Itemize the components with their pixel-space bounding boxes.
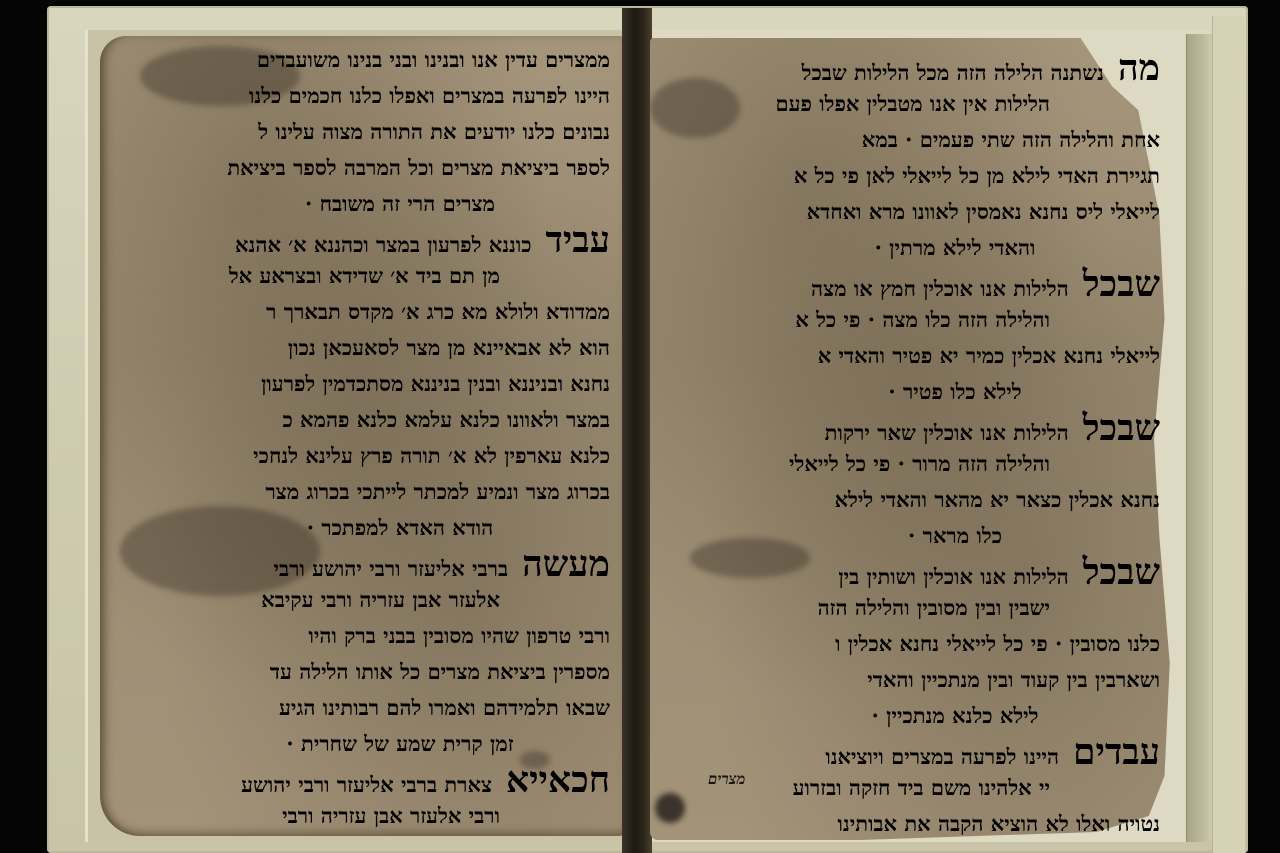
catchword: מצרים xyxy=(708,770,745,789)
text-line-with-initial: שבכלהלילות אנו אוכלין ושותין בין xyxy=(690,554,1160,590)
text-line: יי אלהינו משם ביד חזקה ובזרוע xyxy=(690,770,1160,806)
text-line: הלילות אנו אוכלין חמץ או מצה xyxy=(811,276,1069,301)
text-line: הלילות אין אנו מטבלין אפלו פעם xyxy=(690,86,1160,122)
text-line: מן תם ביד א׳ שדידא ובצראע אל xyxy=(130,258,610,294)
text-line-with-initial: עבדיםהיינו לפרעה במצרים ויוציאנו xyxy=(690,734,1160,770)
text-line: נחנא ובניננא ובנין בניננא מסתכדמין לפרעו… xyxy=(130,366,610,402)
text-line: לספר ביציאת מצרים וכל המרבה לספר ביציאת xyxy=(130,150,610,186)
text-line: הלילות אנו אוכלין ושותין בין xyxy=(838,564,1068,589)
text-line: שבאו תלמידהם ואמרו להם רבותינו הגיע xyxy=(130,690,610,726)
text-line: צארת ברבי אליעזר ורבי יהושע xyxy=(241,772,492,797)
text-line: הודא האדא למפתכר · xyxy=(130,510,610,546)
text-line-with-initial: שבכלהלילות אנו אוכלין חמץ או מצה xyxy=(690,266,1160,302)
text-line: לייאלי ליס נחנא נאמסין לאוונו מרא ואחדא xyxy=(690,194,1160,230)
text-line-with-initial: מהנשתנה הלילה הזה מכל הלילות שבכל xyxy=(690,50,1160,86)
text-line: לילא כלו פטיר · xyxy=(690,374,1160,410)
text-line: לילא כלנא מנתכיין · xyxy=(690,698,1160,734)
right-page-text: מהנשתנה הלילה הזה מכל הלילות שבכל הלילות… xyxy=(690,50,1160,842)
book-gutter xyxy=(622,8,652,853)
text-line-with-initial: עבידכוננא לפרעון במצר וכהננא א׳ אהנא xyxy=(130,222,610,258)
initial-word: עבדים xyxy=(1073,731,1160,773)
text-line: והלילה הזה כלו מצה · פי כל א xyxy=(690,302,1160,338)
text-line: אחת והלילה הזה שתי פעמים · במא xyxy=(690,122,1160,158)
text-line: והלילה הזה מרור · פי כל לייאלי xyxy=(690,446,1160,482)
left-page-text: ממצרים עדין אנו ובנינו ובני בנינו משועבד… xyxy=(130,42,610,834)
text-line: כלו מראר · xyxy=(690,518,1160,554)
text-line: ממצרים עדין אנו ובנינו ובני בנינו משועבד… xyxy=(130,42,610,78)
text-line: נבונים כלנו יודעים את התורה מצוה עלינו ל xyxy=(130,114,610,150)
text-line: כלנו מסובין · פי כל לייאלי נחנא אכלין ו xyxy=(690,626,1160,662)
mount-fold-band xyxy=(1186,34,1213,842)
text-line: נשתנה הלילה הזה מכל הלילות שבכל xyxy=(802,60,1104,85)
text-line-with-initial: חכאייאצארת ברבי אליעזר ורבי יהושע xyxy=(130,762,610,798)
text-line: מספרין ביציאת מצרים כל אותו הלילה עד xyxy=(130,654,610,690)
text-line: ממדודא ולולא מא כרג א׳ מקדס תבארך ר xyxy=(130,294,610,330)
text-line: ורבי אלעזר אבן עזריה ורבי xyxy=(130,798,610,834)
text-line: כלנא עארפין לא א׳ תורה פרץ עלינא לנחכי xyxy=(130,438,610,474)
ink-blot xyxy=(655,793,685,823)
text-line-with-initial: שבכלהלילות אנו אוכלין שאר ירקות xyxy=(690,410,1160,446)
text-line: בכרוג מצר ונמיע למכתר לייתכי בכרוג מצר xyxy=(130,474,610,510)
text-line: הוא לא אבאיינא מן מצר לסאעכאן נכון xyxy=(130,330,610,366)
text-line: אלעזר אבן עזריה ורבי עקיבא xyxy=(130,582,610,618)
text-line: לייאלי נחנא אכלין כמיר יא פטיר והאדי א xyxy=(690,338,1160,374)
initial-word: שבכל xyxy=(1083,551,1160,593)
mount-right-flap xyxy=(1212,16,1245,853)
text-line-with-initial: מעשהברבי אליעזר ורבי יהושע ורבי xyxy=(130,546,610,582)
text-line: והאדי לילא מרתין · xyxy=(690,230,1160,266)
text-line: ורבי טרפון שהיו מסובין בבני ברק והיו xyxy=(130,618,610,654)
text-line: ושארבין בין קעוד ובין מנתכיין והאדי xyxy=(690,662,1160,698)
initial-word: מעשה xyxy=(522,543,610,585)
initial-word: שבכל xyxy=(1083,263,1160,305)
text-line: נחנא אכלין כצאר יא מהאר והאדי לילא xyxy=(690,482,1160,518)
initial-word: עביד xyxy=(546,219,610,261)
text-line: כוננא לפרעון במצר וכהננא א׳ אהנא xyxy=(235,232,531,257)
text-line: היינו לפרעה במצרים ויוציאנו xyxy=(825,744,1059,769)
text-line: נטויה ואלו לא הוציא הקבה את אבותינו xyxy=(690,806,1160,842)
text-line: היינו לפרעה במצרים ואפלו כלנו חכמים כלנו xyxy=(130,78,610,114)
text-line: זמן קרית שמע של שחרית · xyxy=(130,726,610,762)
text-line: מצרים הרי זה משובח · xyxy=(130,186,610,222)
text-line: ברבי אליעזר ורבי יהושע ורבי xyxy=(274,556,509,581)
initial-word: חכאייא xyxy=(506,759,610,801)
text-line: תגיירת האדי לילא מן כל לייאלי לאן פי כל … xyxy=(690,158,1160,194)
initial-word: שבכל xyxy=(1083,407,1160,449)
initial-word: מה xyxy=(1118,47,1160,89)
text-line: ישבין ובין מסובין והלילה הזה xyxy=(690,590,1160,626)
text-line: הלילות אנו אוכלין שאר ירקות xyxy=(825,420,1069,445)
text-line: במצר ולאוונו כלנא עלמא כלנא פהמא כ xyxy=(130,402,610,438)
